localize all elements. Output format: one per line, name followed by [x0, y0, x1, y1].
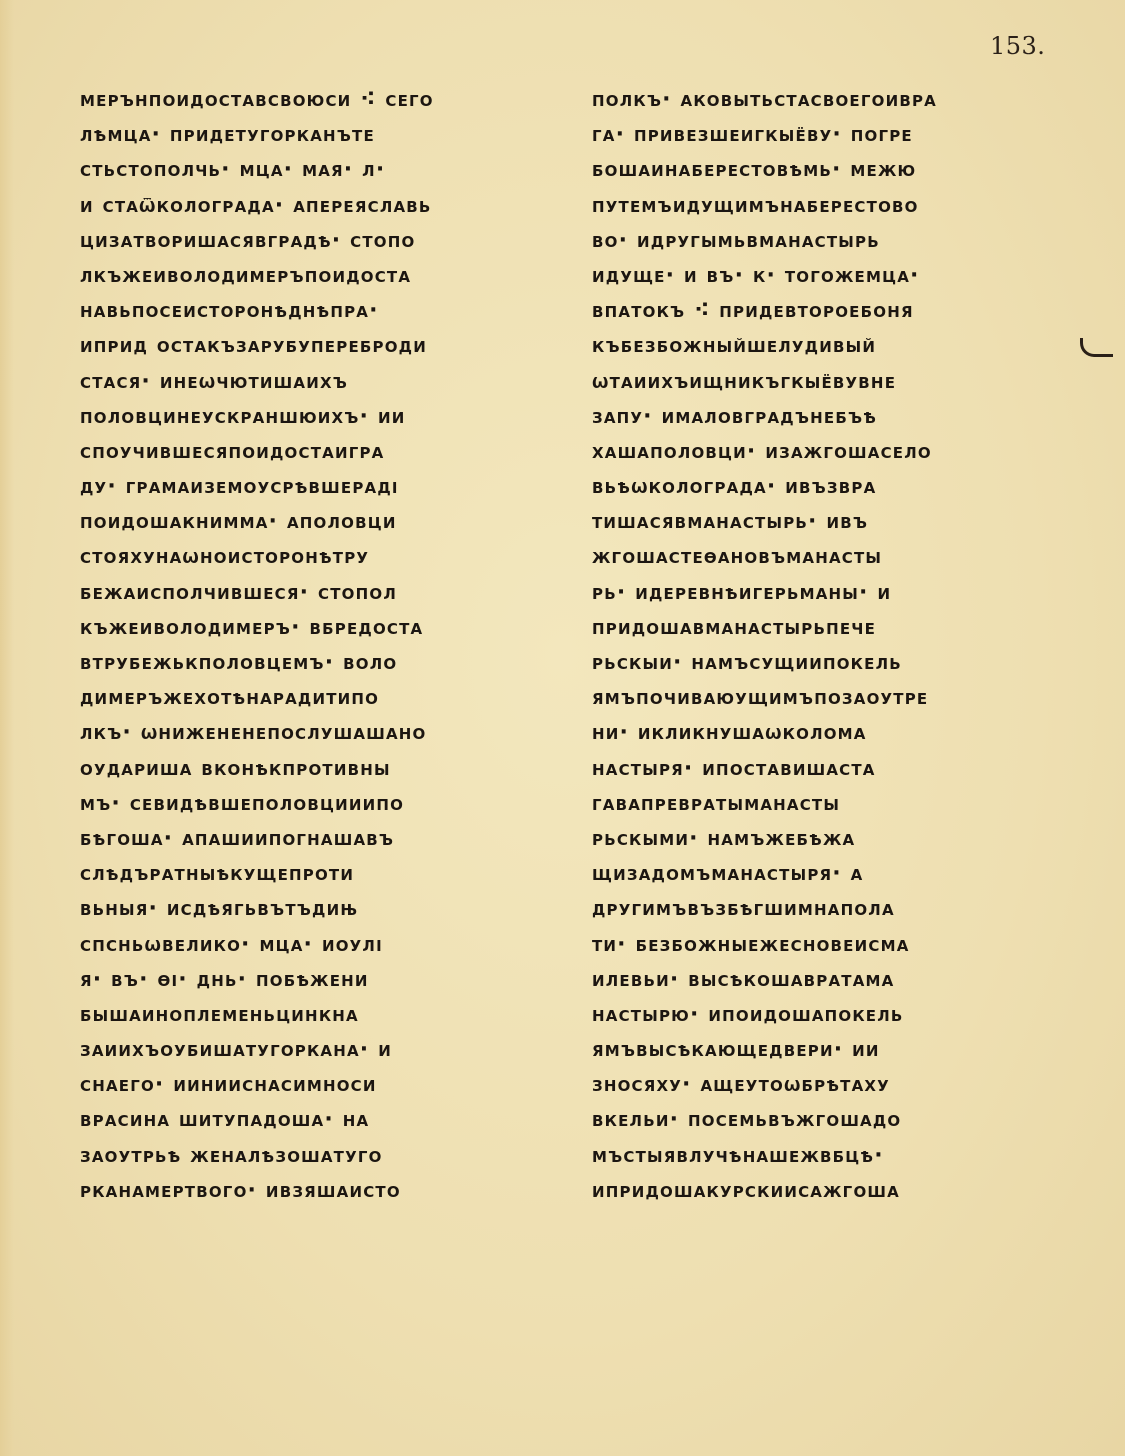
- text-line: половцинеускраншюихъ· ии: [80, 399, 560, 434]
- text-line: бѣгоша· апашиипогнашавъ: [80, 821, 560, 856]
- text-line: полкъ· аковытьстасвоегоивра: [592, 82, 1062, 117]
- text-line: придошавманастырьпече: [592, 610, 1062, 645]
- text-line: цизатворишасявградѣ· стопо: [80, 223, 560, 258]
- text-line: во· идругымьвманастырь: [592, 223, 1062, 258]
- text-line: лкъ· ѡнижененепослушашано: [80, 715, 560, 750]
- text-line: рь· идеревнѣигерьманы· и: [592, 575, 1062, 610]
- text-line: ямъпочиваюущимъпозаоутре: [592, 680, 1062, 715]
- text-line: гавапревратыманасты: [592, 786, 1062, 821]
- text-line: путемъидущимънаберестово: [592, 188, 1062, 223]
- text-line: зносяху· ащеутоѡбрѣтаху: [592, 1067, 1062, 1102]
- text-line: димеръжехотѣнарадитипо: [80, 680, 560, 715]
- text-line: втрубежькполовцемъ· воло: [80, 645, 560, 680]
- text-line: оудариша вконѣкпротивны: [80, 751, 560, 786]
- text-line: иприд остакъзарубупереброди: [80, 328, 560, 363]
- text-line: жгошастеѳановъманасты: [592, 539, 1062, 574]
- page-number: 153.: [990, 32, 1045, 60]
- text-line: настыря· ипоставишаста: [592, 751, 1062, 786]
- text-line: рканамертвого· ивзяшаисто: [80, 1173, 560, 1208]
- text-line: рьскыи· намъсущиипокель: [592, 645, 1062, 680]
- text-line: щизадомъманастыря· а: [592, 856, 1062, 891]
- text-line: споучившесяпоидостаигра: [80, 434, 560, 469]
- text-line: мерънпоидоставсвоюси ⁖ Сего: [80, 82, 560, 117]
- text-line: къбезбожныйшелудивый: [592, 328, 1062, 363]
- text-line: заиихъоубишатугоркана· и: [80, 1032, 560, 1067]
- text-line: запу· ималовградънебъѣ: [592, 399, 1062, 434]
- text-line: спсньѡвелико· мца· иоулi: [80, 927, 560, 962]
- text-line: ду· грамаиземоусрѣвшерадi: [80, 469, 560, 504]
- text-line: слѣдъратныѣкущепроти: [80, 856, 560, 891]
- right-text-column: полкъ· аковытьстасвоегоивра га· привезше…: [592, 82, 1062, 1208]
- left-text-column: мерънпоидоставсвоюси ⁖ Сего лѣмца· приде…: [80, 82, 560, 1208]
- text-line: лкъжеиволодимеръпоидоста: [80, 258, 560, 293]
- manuscript-page: 153. мерънпоидоставсвоюси ⁖ Сего лѣмца· …: [0, 0, 1125, 1456]
- text-line: стояхунаѡноисторонѣтру: [80, 539, 560, 574]
- text-line: заоутрьѣ женалѣзошатуго: [80, 1138, 560, 1173]
- text-line: мъстыявлучѣнашежвбцѣ·: [592, 1138, 1062, 1173]
- text-line: къжеиволодимеръ· вбредоста: [80, 610, 560, 645]
- text-line: ни· икликнушаѡколома: [592, 715, 1062, 750]
- text-line: вьныя· исдѣягьвътъдињ: [80, 891, 560, 926]
- text-line: И стаѿколограда· апереяславь: [80, 188, 560, 223]
- text-line: ти· безбожныежесновеисма: [592, 927, 1062, 962]
- text-line: хашаполовци· изажгошасело: [592, 434, 1062, 469]
- text-line: я· въ· ѳi· днь· Побѣжени: [80, 962, 560, 997]
- text-line: илевьи· высѣкошавратама: [592, 962, 1062, 997]
- text-line: лѣмца· придетугорканъте: [80, 117, 560, 152]
- text-line: вьѣѡколограда· ивъзвра: [592, 469, 1062, 504]
- text-line: поидошакнимма· аполовци: [80, 504, 560, 539]
- text-line: вкельи· посемьвъжгошадо: [592, 1102, 1062, 1137]
- text-line: настырю· ипоидошапокель: [592, 997, 1062, 1032]
- text-line: тишасявманастырь· ивъ: [592, 504, 1062, 539]
- text-line: бышаиноплеменьцинкна: [80, 997, 560, 1032]
- text-line: ипридошакурскиисажгоша: [592, 1173, 1062, 1208]
- text-line: рьскыми· намъжебѣжа: [592, 821, 1062, 856]
- text-line: идуще· и въ· к· тогожемца·: [592, 258, 1062, 293]
- text-line: мъ· севидѣвшеполовцииипо: [80, 786, 560, 821]
- text-line: бежаисполчившеся· стопол: [80, 575, 560, 610]
- text-line: другимъвъзбѣгшимнапола: [592, 891, 1062, 926]
- text-line: навьпосеисторонѣднѣпра·: [80, 293, 560, 328]
- text-line: ямъвысѣкающедвери· ии: [592, 1032, 1062, 1067]
- margin-mark-icon: [1080, 338, 1113, 357]
- text-line: стьстополчь· мца· мая· л·: [80, 152, 560, 187]
- text-line: впатокъ ⁖ Придевтороебоня: [592, 293, 1062, 328]
- text-line: га· привезшеигкыёву· погре: [592, 117, 1062, 152]
- text-line: бошаинаберестовѣмь· межю: [592, 152, 1062, 187]
- page-edge-shadow: [0, 0, 14, 1456]
- text-line: ѡтаиихъищникъгкыёвувне: [592, 364, 1062, 399]
- text-line: стася· инеѡчютишаихъ: [80, 364, 560, 399]
- text-line: снаего· иинииснасимноси: [80, 1067, 560, 1102]
- text-line: врасина шитупадоша· на: [80, 1102, 560, 1137]
